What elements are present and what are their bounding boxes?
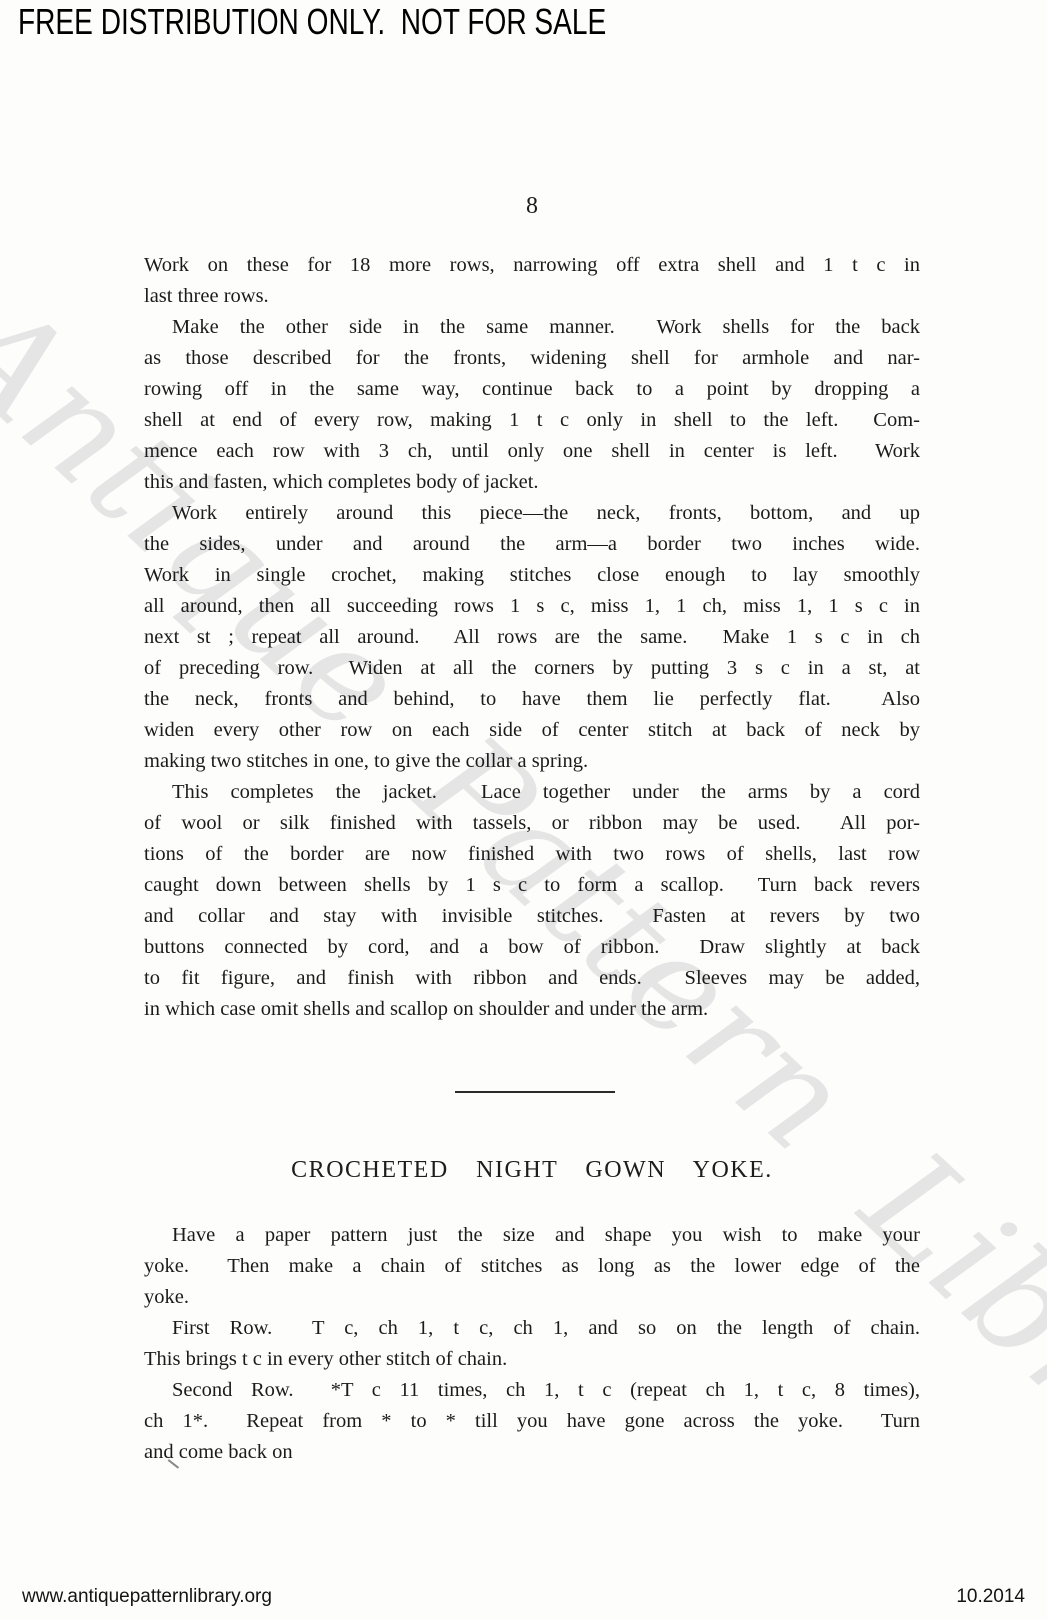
paragraph: This completes the jacket. Lace together… <box>144 777 920 1025</box>
text-line: in which case omit shells and scallop on… <box>144 994 920 1025</box>
text-line: and collar and stay with invisible stitc… <box>144 901 920 932</box>
text-line: buttons connected by cord, and a bow of … <box>144 932 920 963</box>
text-line: Work in single crochet, making stitches … <box>144 560 920 591</box>
text-line: rowing off in the same way, continue bac… <box>144 374 920 405</box>
text-line: widen every other row on each side of ce… <box>144 715 920 746</box>
page: Antique Pattern Library FREE DISTRIBUTIO… <box>0 0 1047 1620</box>
paragraph: Have a paper pattern just the size and s… <box>144 1220 920 1313</box>
footer-site: www.antiquepatternlibrary.org <box>22 1586 272 1608</box>
text-line: caught down between shells by 1 s c to f… <box>144 870 920 901</box>
text-line: all around, then all succeeding rows 1 s… <box>144 591 920 622</box>
text-line: First Row. T c, ch 1, t c, ch 1, and so … <box>144 1313 920 1344</box>
text-line: the neck, fronts and behind, to have the… <box>144 684 920 715</box>
paragraph: First Row. T c, ch 1, t c, ch 1, and so … <box>144 1313 920 1375</box>
section-heading: CROCHETED NIGHT GOWN YOKE. <box>144 1157 920 1184</box>
text-line: yoke. <box>144 1282 920 1313</box>
section-divider <box>455 1091 615 1093</box>
text-line: and come back on <box>144 1437 920 1468</box>
text-line: Second Row. *T c 11 times, ch 1, t c (re… <box>144 1375 920 1406</box>
text-line: ch 1*. Repeat from * to * till you have … <box>144 1406 920 1437</box>
distribution-banner: FREE DISTRIBUTION ONLY. NOT FOR SALE <box>18 1 772 43</box>
text-line: Work entirely around this piece—the neck… <box>144 498 920 529</box>
text-line: This completes the jacket. Lace together… <box>144 777 920 808</box>
text-line: of wool or silk finished with tassels, o… <box>144 808 920 839</box>
text-line: This brings t c in every other stitch of… <box>144 1344 920 1375</box>
banner-text: FREE DISTRIBUTION ONLY. NOT FOR SALE <box>18 1 606 43</box>
text-line: last three rows. <box>144 281 920 312</box>
text-line: shell at end of every row, making 1 t c … <box>144 405 920 436</box>
text-line: yoke. Then make a chain of stitches as l… <box>144 1251 920 1282</box>
paragraph: Work entirely around this piece—the neck… <box>144 498 920 777</box>
text-line: this and fasten, which completes body of… <box>144 467 920 498</box>
body-text: Work on these for 18 more rows, narrowin… <box>144 250 920 1025</box>
text-line: mence each row with 3 ch, until only one… <box>144 436 920 467</box>
text-line: to fit figure, and finish with ribbon an… <box>144 963 920 994</box>
page-number: 8 <box>144 193 920 220</box>
paragraph: Work on these for 18 more rows, narrowin… <box>144 250 920 312</box>
text-line: next st ; repeat all around. All rows ar… <box>144 622 920 653</box>
text-line: Make the other side in the same manner. … <box>144 312 920 343</box>
text-line: making two stitches in one, to give the … <box>144 746 920 777</box>
text-line: the sides, under and around the arm—a bo… <box>144 529 920 560</box>
text-line: Have a paper pattern just the size and s… <box>144 1220 920 1251</box>
text-line: as those described for the fronts, widen… <box>144 343 920 374</box>
text-line: Work on these for 18 more rows, narrowin… <box>144 250 920 281</box>
paragraph: Make the other side in the same manner. … <box>144 312 920 498</box>
paragraph: Second Row. *T c 11 times, ch 1, t c (re… <box>144 1375 920 1468</box>
section-text: Have a paper pattern just the size and s… <box>144 1220 920 1468</box>
footer-date: 10.2014 <box>956 1586 1025 1608</box>
text-line: of preceding row. Widen at all the corne… <box>144 653 920 684</box>
text-line: tions of the border are now finished wit… <box>144 839 920 870</box>
